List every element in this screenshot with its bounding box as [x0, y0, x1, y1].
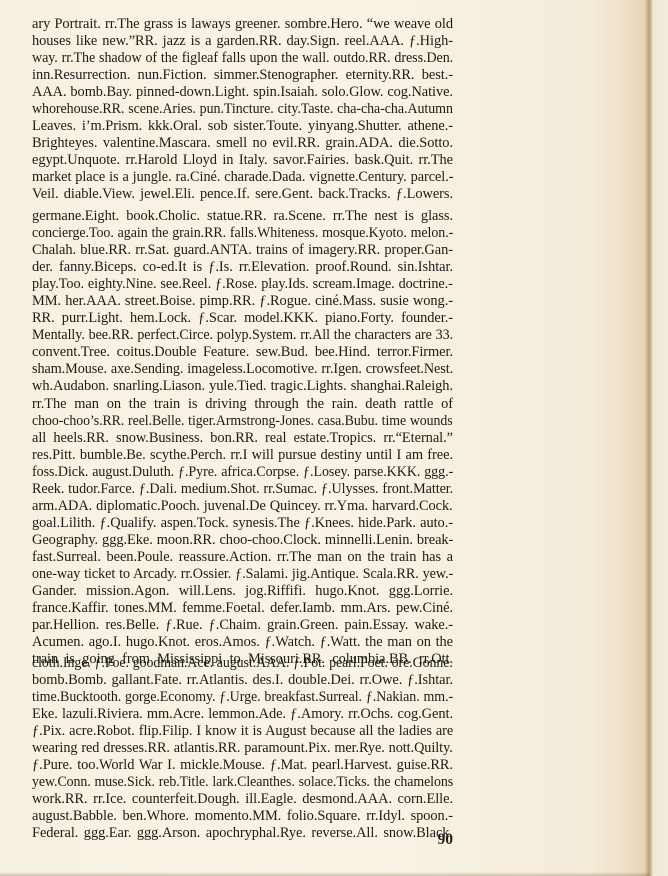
text-line: france.Kaffir. tones.MM. femme.Foetal. d…: [32, 600, 453, 617]
text-line: sham.Mouse. axe.Sending. imageless.Locom…: [32, 361, 446, 378]
text-line: Eke. lazuli.Riviera. mm.Acre. lemmon.Ade…: [32, 706, 453, 723]
text-line: Leaves. i’m.Prism. kkk.Oral. sob sister.…: [32, 118, 453, 135]
text-line: choo-choo’s.RR. reel.Belle. tiger.Armstr…: [32, 413, 437, 430]
text-line: Chalah. blue.RR. rr.Sat. guard.ANTA. tra…: [32, 242, 453, 259]
text-line: MM. her.AAA. street.Boise. pimp.RR. ƒ.Ro…: [32, 293, 453, 310]
text-line: arm.ADA. diplomatic.Pooch. juvenal.De Qu…: [32, 498, 452, 515]
text-line: bomb.Bomb. gallant.Fate. rr.Atlantis. de…: [32, 672, 453, 689]
text-line: wearing red dresses.RR. atlantis.RR. par…: [32, 740, 448, 757]
text-line: whorehouse.RR. scene.Aries. pun.Tincture…: [32, 101, 440, 118]
page-number: 90: [420, 831, 453, 849]
text-line: one-way ticket to Arcady. rr.Ossier. ƒ.S…: [32, 566, 445, 583]
text-line: der. fanny.Biceps. co-ed.It is ƒ.Is. rr.…: [32, 259, 453, 276]
text-line: foss.Dick. august.Duluth. ƒ.Pyre. africa…: [32, 464, 442, 481]
text-line: ƒ.Pix. acre.Robot. flip.Filip. I know it…: [32, 723, 452, 740]
text-line: germane.Eight. book.Cholic. statue.RR. r…: [32, 208, 453, 225]
text-line: cloth.Inge. ƒ.Poe. goodman.Ace. august.A…: [32, 655, 438, 672]
text-line: goal.Lilith. ƒ.Qualify. aspen.Tock. syne…: [32, 515, 453, 532]
text-line: Gander. mission.Agon. will.Lens. jog.Rif…: [32, 583, 453, 600]
text-line: way. rr.The shadow of the figleaf falls …: [32, 50, 442, 67]
text-line: AAA. bomb.Bay. pinned-down.Light. spin.I…: [32, 84, 452, 101]
text-line: convent.Tree. coitus.Double Feature. sew…: [32, 344, 453, 361]
text-line: play.Too. eighty.Nine. see.Reel. ƒ.Rose.…: [32, 276, 447, 293]
text-line: houses like new.”RR. jazz is a garden.RR…: [32, 33, 453, 50]
text-line: all heels.RR. snow.Business. bon.RR. rea…: [32, 430, 453, 447]
text-line: Reek. tudor.Farce. ƒ.Dali. medium.Shot. …: [32, 481, 445, 498]
paragraph-2: germane.Eight. book.Cholic. statue.RR. r…: [32, 208, 453, 668]
page-bottom-edge-shadow: [0, 872, 650, 876]
text-line: Veil. diable.View. jewel.Eli. pence.If. …: [32, 186, 453, 203]
text-line: res.Pitt. bumble.Be. scythe.Perch. rr.I …: [32, 447, 453, 464]
text-line: par.Hellion. res.Belle. ƒ.Rue. ƒ.Chaim. …: [32, 617, 453, 634]
text-line: market place is a jungle. ra.Ciné. chara…: [32, 169, 450, 186]
text-line: august.Babble. ben.Whore. momento.MM. fo…: [32, 808, 453, 825]
paragraph-1: ary Portrait. rr.The grass is laways gre…: [32, 16, 453, 204]
text-line: Brighteyes. valentine.Mascara. smell no …: [32, 135, 453, 152]
text-line: RR. purr.Light. hem.Lock. ƒ.Scar. model.…: [32, 310, 453, 327]
text-line: yew.Conn. muse.Sick. reb.Title. lark.Cle…: [32, 774, 438, 791]
book-page: ary Portrait. rr.The grass is laways gre…: [0, 0, 668, 876]
text-line: fast.Surreal. been.Poule. reassure.Actio…: [32, 549, 453, 566]
text-line: inn.Resurrection. nun.Fiction. simmer.St…: [32, 67, 453, 84]
text-line: Mentally. bee.RR. perfect.Circe. polyp.S…: [32, 327, 442, 344]
text-line: Federal. ggg.Ear. ggg.Arson. apochryphal…: [32, 825, 453, 842]
text-line: concierge.Too. again the grain.RR. falls…: [32, 225, 440, 242]
text-line: ary Portrait. rr.The grass is laways gre…: [32, 16, 453, 33]
text-line: egypt.Unquote. rr.Harold Lloyd in Italy.…: [32, 152, 453, 169]
text-line: wh.Audabon. snarling.Liason. yule.Tied. …: [32, 378, 453, 395]
text-line: Acumen. ago.I. hugo.Knot. eros.Amos. ƒ.W…: [32, 634, 453, 651]
text-line: work.RR. rr.Ice. counterfeit.Dough. ill.…: [32, 791, 453, 808]
text-line: rr.The man on the train is driving throu…: [32, 396, 453, 413]
text-line: time.Bucktooth. gorge.Economy. ƒ.Urge. b…: [32, 689, 440, 706]
text-line: ƒ.Pure. too.World War I. mickle.Mouse. ƒ…: [32, 757, 453, 774]
text-line: Geography. ggg.Eke. moon.RR. choo-choo.C…: [32, 532, 453, 549]
paragraph-3: cloth.Inge. ƒ.Poe. goodman.Ace. august.A…: [32, 655, 453, 843]
